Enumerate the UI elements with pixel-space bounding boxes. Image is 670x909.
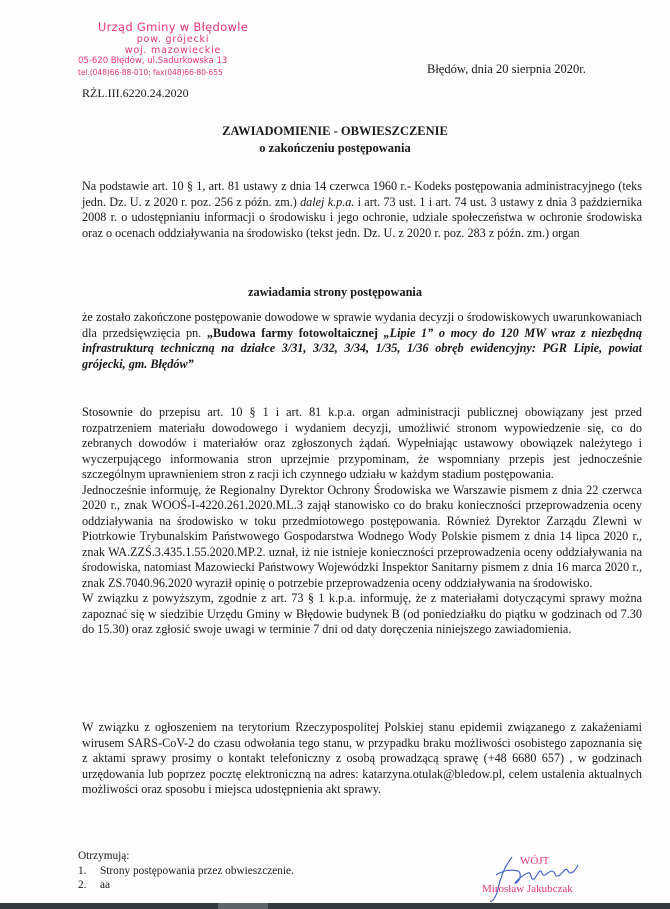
procedure-paragraphs: Stosownie do przepisu art. 10 § 1 i art.…	[82, 405, 642, 638]
stamp-phone-fax: tel.(048)66-88-010; fax(048)66-80-655	[78, 67, 268, 78]
stamp-voivodeship: woj. mazowieckie	[78, 45, 268, 56]
viewer-scrollbar[interactable]	[0, 903, 670, 909]
kpa-abbrev: dalej k.p.a.	[300, 195, 354, 209]
scrollbar-thumb[interactable]	[218, 903, 268, 909]
document-page: Urząd Gminy w Błędowle pow. grójecki woj…	[0, 0, 670, 903]
recipients-block: Otrzymują: 1.Strony postępowania przez o…	[78, 849, 294, 893]
project-name-bold: „Budowa farmy fotowoltaicznej	[207, 326, 384, 340]
signatory-name: Mirosław Jakubczak	[482, 883, 573, 895]
recipient-item: 2.aa	[78, 878, 294, 893]
document-title: ZAWIADOMIENIE - OBWIESZCZENIE o zakończe…	[0, 123, 670, 157]
title-main: ZAWIADOMIENIE - OBWIESZCZENIE	[0, 123, 670, 140]
case-reference: RŻL.III.6220.24.2020	[82, 86, 189, 101]
office-stamp: Urząd Gminy w Błędowle pow. grójecki woj…	[78, 20, 268, 78]
subheading: zawiadamia strony postępowania	[0, 285, 670, 300]
title-sub: o zakończeniu postępowania	[0, 140, 670, 157]
opinions-paragraph: Jednocześnie informuję, że Regionalny Dy…	[82, 483, 642, 592]
stamp-address: 05-620 Błędów, ul.Sadurkowska 13	[78, 56, 268, 67]
recipients-heading: Otrzymują:	[78, 849, 294, 864]
date-line: Błędów, dnia 20 sierpnia 2020r.	[427, 62, 586, 77]
stamp-county: pow. grójecki	[78, 34, 268, 45]
stamp-office-name: Urząd Gminy w Błędowle	[78, 20, 268, 34]
epidemic-paragraph: W związku z ogłoszeniem na terytorium Rz…	[82, 720, 642, 798]
handwritten-signature-icon	[482, 853, 592, 905]
recipient-item: 1.Strony postępowania przez obwieszczeni…	[78, 864, 294, 879]
rights-paragraph: Stosownie do przepisu art. 10 § 1 i art.…	[82, 405, 642, 483]
access-paragraph: W związku z powyższym, zgodnie z art. 73…	[82, 591, 642, 638]
legal-basis-paragraph: Na podstawie art. 10 § 1, art. 81 ustawy…	[82, 179, 642, 241]
project-paragraph: że zostało zakończone postępowanie dowod…	[82, 310, 642, 372]
